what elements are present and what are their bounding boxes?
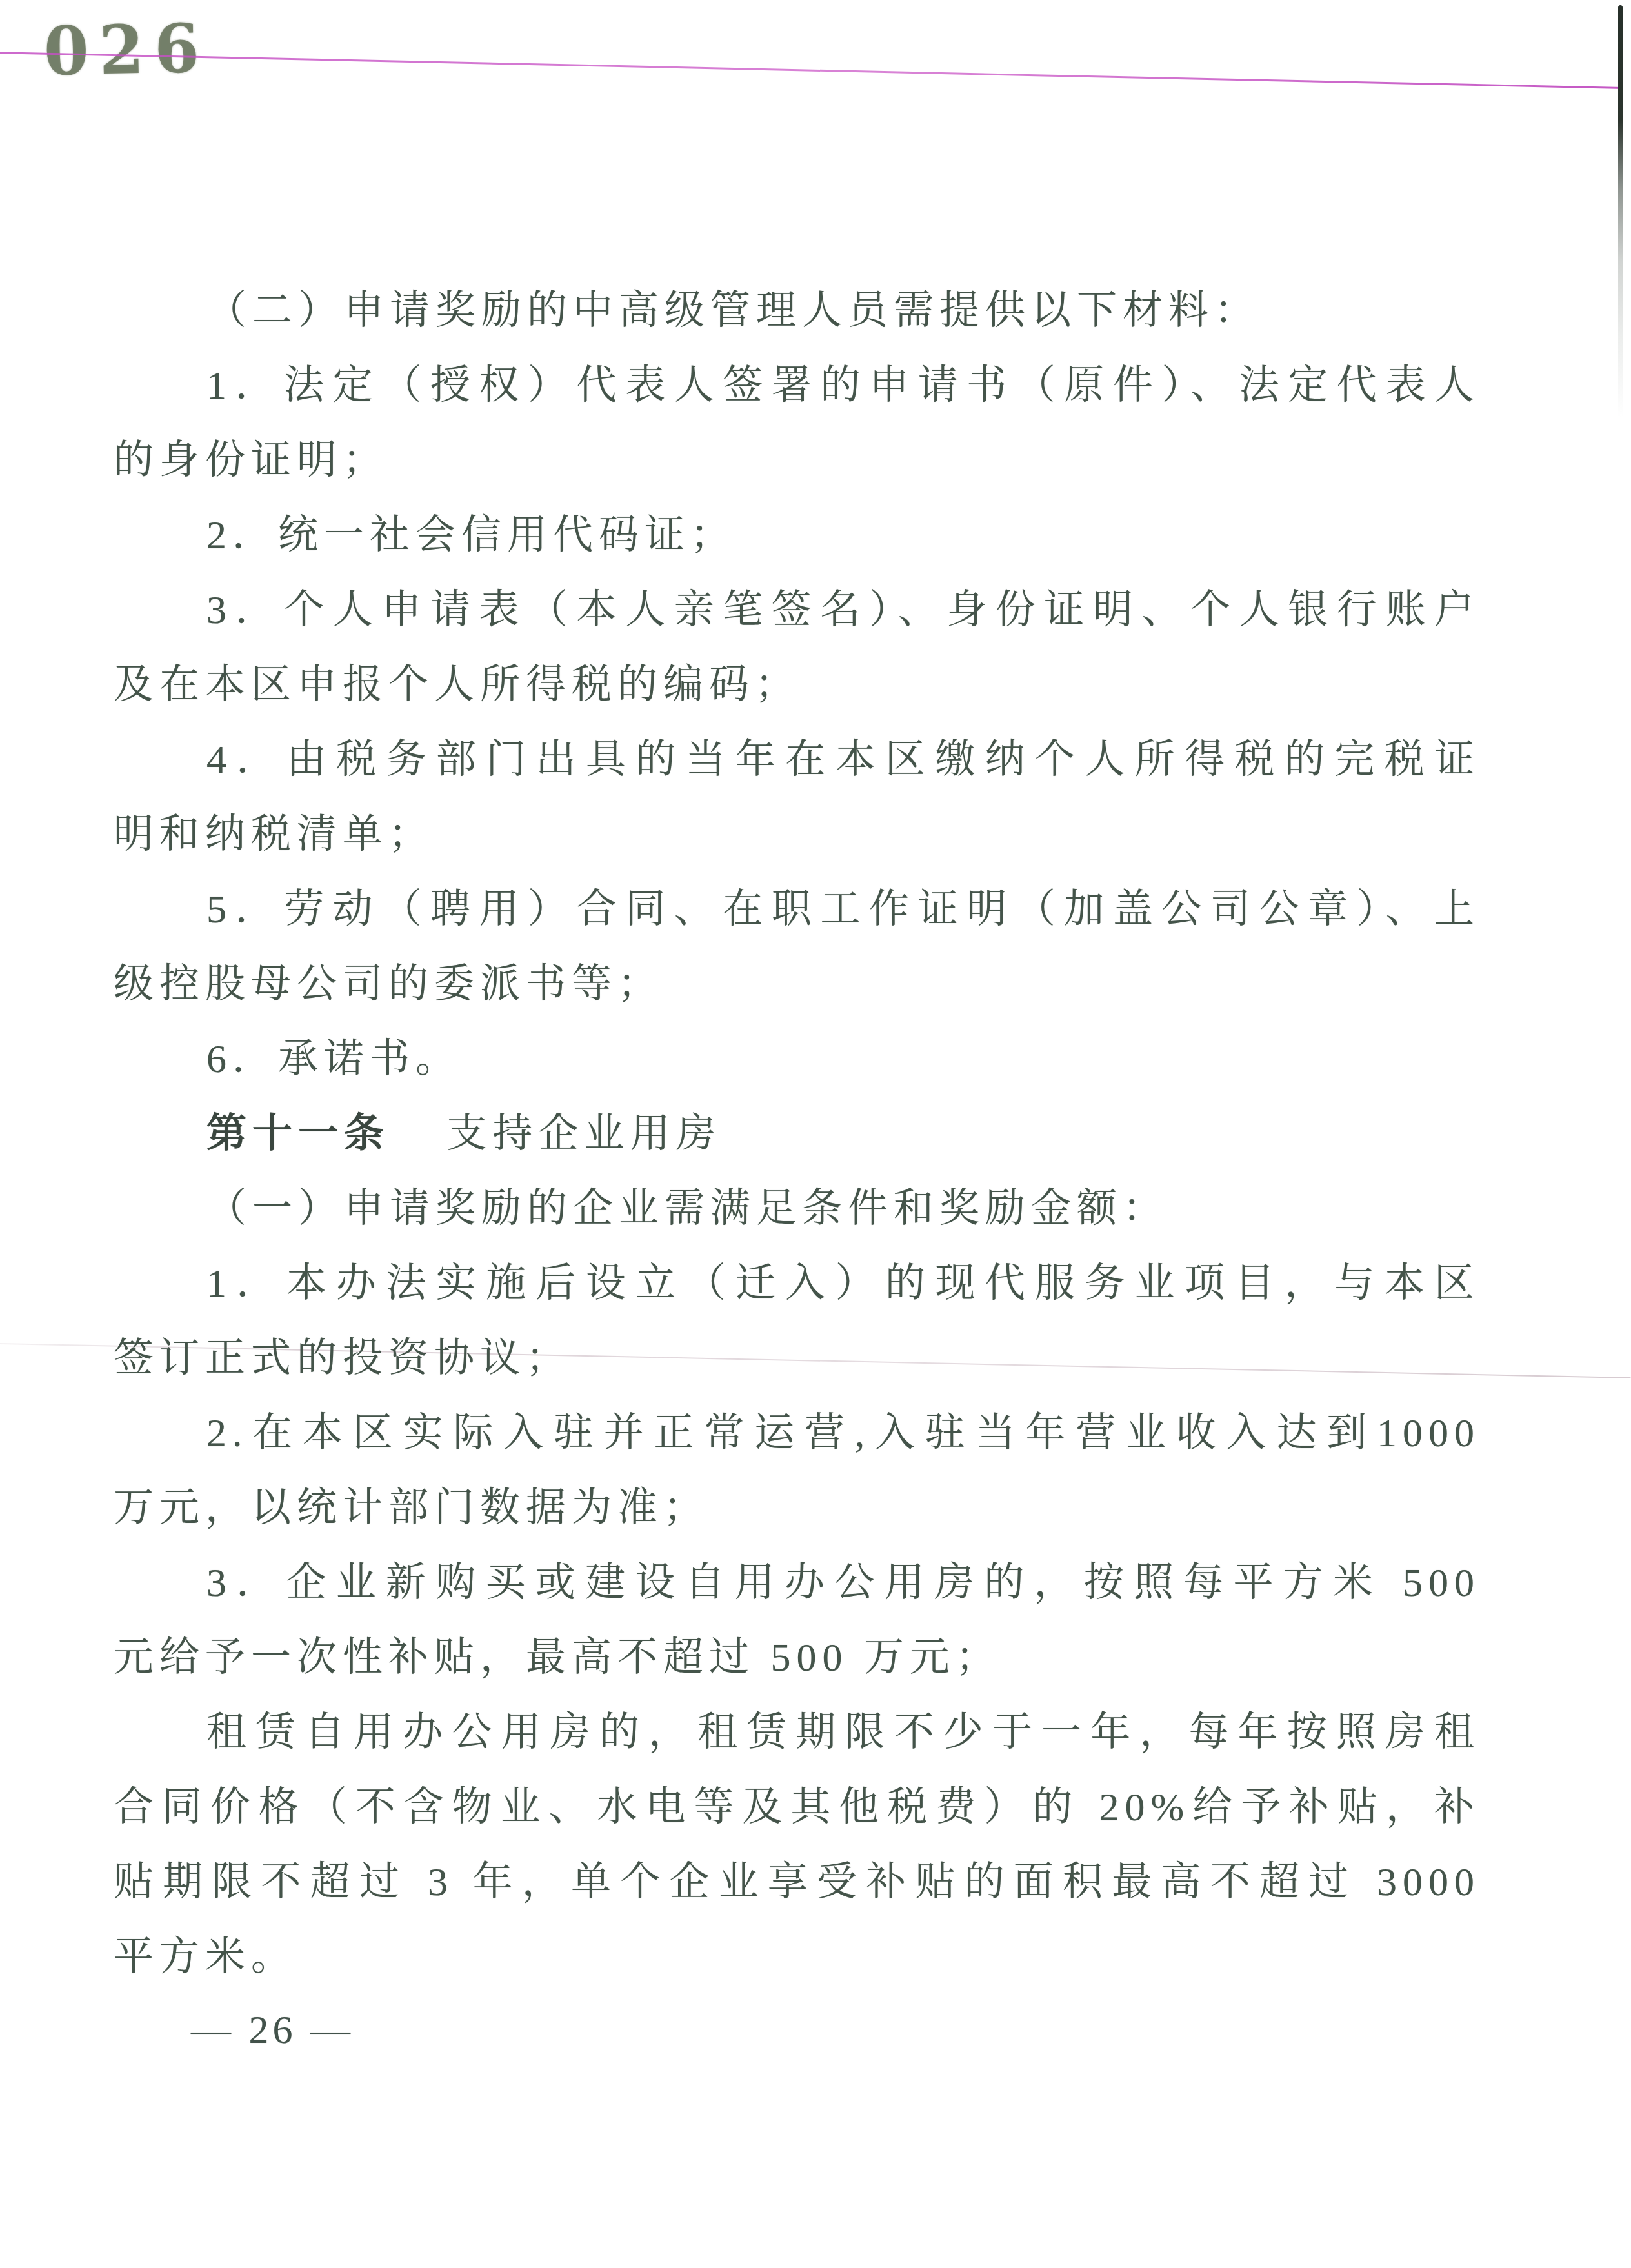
text-line: 元给予一次性补贴，最高不超过 500 万元；: [114, 1620, 1480, 1695]
article-title: 支持企业用房: [447, 1112, 722, 1156]
text-line: 万元，以统计部门数据为准；: [114, 1471, 1480, 1546]
page-number: — 26 —: [191, 2007, 354, 2053]
text-line: 2．统一社会信用代码证；: [114, 498, 1480, 573]
folio-stamp: 026: [43, 8, 210, 91]
text-line: 1．法定（授权）代表人签署的申请书（原件）、法定代表人: [114, 348, 1480, 423]
document-body: （二）申请奖励的中高级管理人员需提供以下材料： 1．法定（授权）代表人签署的申请…: [114, 274, 1480, 1994]
text-line: 贴期限不超过 3 年，单个企业享受补贴的面积最高不超过 3000: [114, 1845, 1480, 1920]
text-line: （二）申请奖励的中高级管理人员需提供以下材料：: [114, 274, 1480, 348]
text-line: 合同价格（不含物业、水电等及其他税费）的 20%给予补贴，补: [114, 1770, 1480, 1845]
text-line: 2.在本区实际入驻并正常运营,入驻当年营业收入达到1000: [114, 1396, 1480, 1471]
text-line: 明和纳税清单；: [114, 797, 1480, 872]
text-line: 级控股母公司的委派书等；: [114, 947, 1480, 1022]
text-line: 5．劳动（聘用）合同、在职工作证明（加盖公司公章）、上: [114, 872, 1480, 947]
text-line: 平方米。: [114, 1920, 1480, 1994]
text-line: （一）申请奖励的企业需满足条件和奖励金额：: [114, 1171, 1480, 1246]
text-line: 及在本区申报个人所得税的编码；: [114, 648, 1480, 722]
text-line: 签订正式的投资协议；: [114, 1321, 1480, 1396]
text-line: 租赁自用办公用房的，租赁期限不少于一年，每年按照房租: [114, 1695, 1480, 1770]
text-line: 6．承诺书。: [114, 1022, 1480, 1097]
scanned-document-page: 026 （二）申请奖励的中高级管理人员需提供以下材料： 1．法定（授权）代表人签…: [0, 0, 1631, 2268]
article-number: 第十一条: [206, 1112, 390, 1156]
article-heading-line: 第十一条 支持企业用房: [114, 1097, 1480, 1171]
magenta-rule-line: [0, 52, 1623, 89]
text-line: 3．企业新购买或建设自用办公用房的，按照每平方米 500: [114, 1546, 1480, 1620]
right-edge-scan-artifact: [1618, 5, 1623, 418]
text-line: 3．个人申请表（本人亲笔签名）、身份证明、个人银行账户: [114, 573, 1480, 648]
text-line: 4．由税务部门出具的当年在本区缴纳个人所得税的完税证: [114, 722, 1480, 797]
text-line: 1．本办法实施后设立（迁入）的现代服务业项目，与本区: [114, 1246, 1480, 1321]
text-line: 的身份证明；: [114, 423, 1480, 498]
